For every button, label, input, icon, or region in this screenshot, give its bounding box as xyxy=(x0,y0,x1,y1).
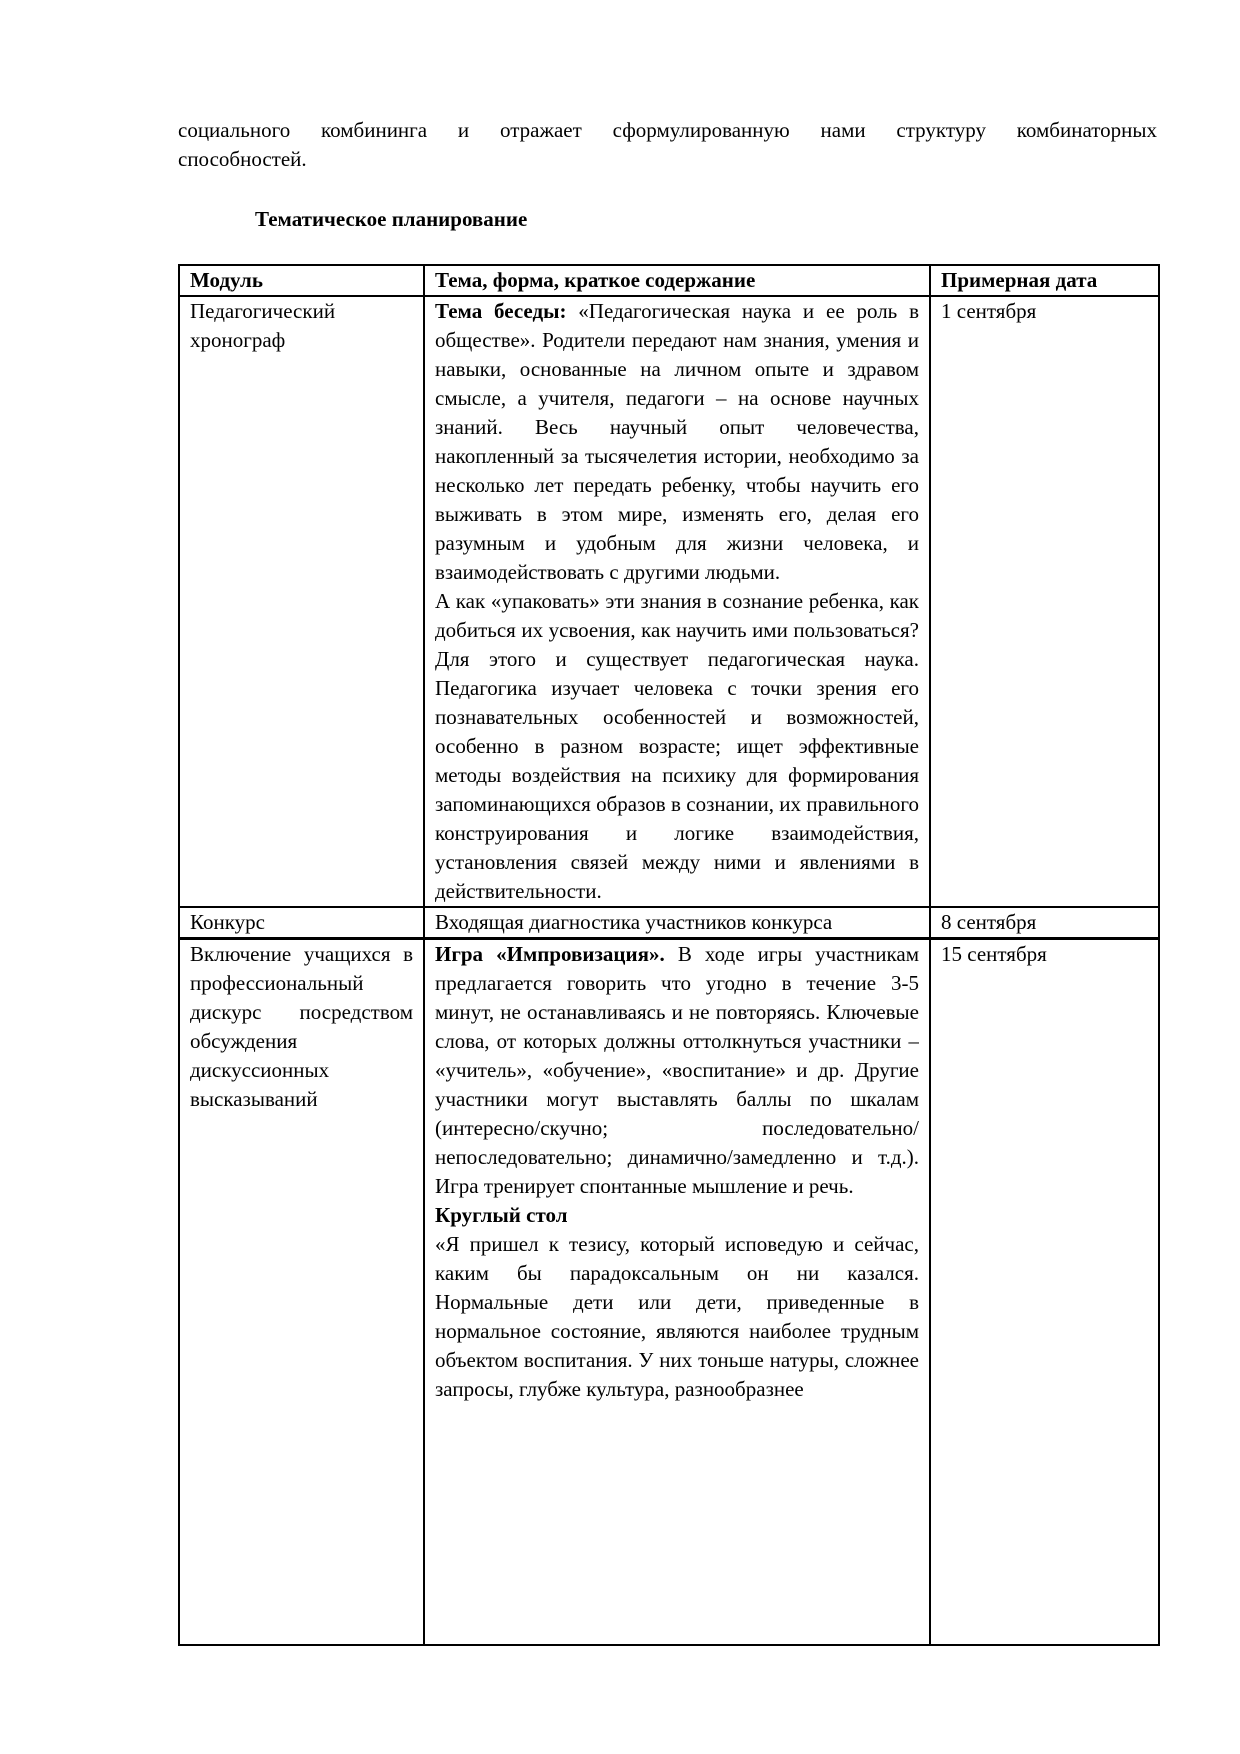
date-cell: 8 сентября xyxy=(930,907,1159,939)
topic-label: Тема беседы: xyxy=(435,299,566,323)
module-name: Конкурс xyxy=(190,910,265,934)
table-row: Конкурс Входящая диагностика участников … xyxy=(179,907,1159,939)
module-cell: Включение учащихся в профессиональный ди… xyxy=(179,939,424,1646)
intro-line-1: социального комбининга и отражает сформу… xyxy=(178,116,1157,145)
topic-cell: Входящая диагностика участников конкурса xyxy=(424,907,930,939)
header-module: Модуль xyxy=(179,265,424,296)
date-value: 15 сентября xyxy=(941,942,1047,966)
topic-text: Входящая диагностика участников конкурса xyxy=(435,910,832,934)
topic-paragraph: Игра «Импровизация». В ходе игры участни… xyxy=(435,940,919,1201)
table-header-row: Модуль Тема, форма, краткое содержание П… xyxy=(179,265,1159,296)
intro-line-2: способностей. xyxy=(178,145,1157,174)
module-cell: Конкурс xyxy=(179,907,424,939)
topic-label: Игра «Импровизация». xyxy=(435,942,665,966)
intro-paragraph: социального комбининга и отражает сформу… xyxy=(178,116,1157,174)
topic-cell-content: Игра «Импровизация». В ходе игры участни… xyxy=(435,940,919,1644)
topic-quote: «Я пришел к тезису, который исповедую и … xyxy=(435,1230,919,1404)
module-name: Педагогический хронограф xyxy=(190,299,335,352)
topic-text: «Педагогическая наука и ее роль в общест… xyxy=(435,299,919,584)
topic-subheading: Круглый стол xyxy=(435,1201,919,1230)
date-cell: 1 сентября xyxy=(930,296,1159,907)
topic-cell: Тема беседы: «Педагогическая наука и ее … xyxy=(424,296,930,907)
module-name: Включение учащихся в профессиональный ди… xyxy=(190,942,413,1111)
document-page: социального комбининга и отражает сформу… xyxy=(0,0,1240,1754)
topic-paragraph-2: А как «упаковать» эти знания в сознание … xyxy=(435,587,919,906)
header-topic: Тема, форма, краткое содержание xyxy=(424,265,930,296)
section-heading: Тематическое планирование xyxy=(255,205,527,234)
topic-cell: Игра «Импровизация». В ходе игры участни… xyxy=(424,939,930,1646)
header-date: Примерная дата xyxy=(930,265,1159,296)
date-value: 8 сентября xyxy=(941,910,1036,934)
table-row: Включение учащихся в профессиональный ди… xyxy=(179,939,1159,1646)
date-value: 1 сентября xyxy=(941,299,1036,323)
table-row: Педагогический хронограф Тема беседы: «П… xyxy=(179,296,1159,907)
topic-text: В ходе игры участникам предлагается гово… xyxy=(435,942,919,1198)
thematic-planning-table: Модуль Тема, форма, краткое содержание П… xyxy=(178,264,1160,1646)
module-cell: Педагогический хронограф xyxy=(179,296,424,907)
date-cell: 15 сентября xyxy=(930,939,1159,1646)
topic-paragraph: Тема беседы: «Педагогическая наука и ее … xyxy=(435,297,919,587)
